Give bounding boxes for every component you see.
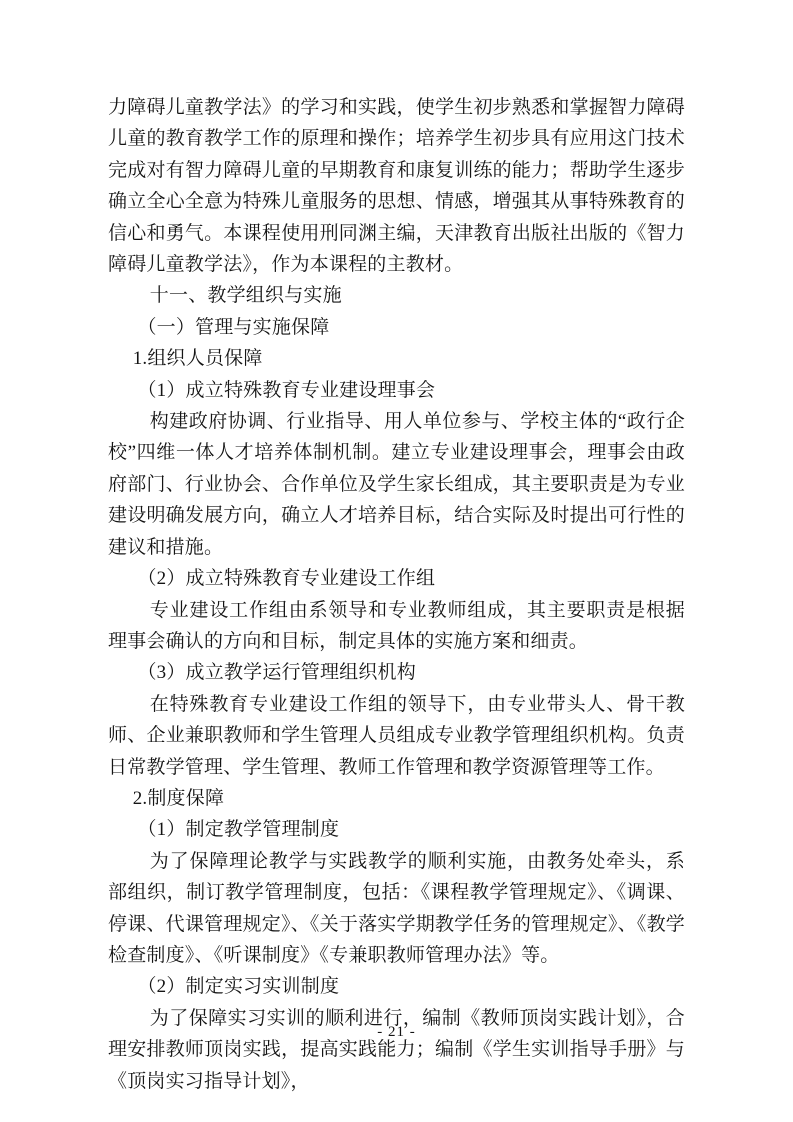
paragraph-teaching-management-detail: 为了保障理论教学与实践教学的顺利实施，由教务处牵头，系部组织，制订教学管理制度，…	[108, 846, 685, 972]
paragraph-management-org-detail: 在特殊教育专业建设工作组的领导下，由专业带头人、骨干教师、企业兼职教师和学生管理…	[108, 689, 685, 783]
paragraph-practice-training-detail: 为了保障实习实训的顺利进行，编制《教师顶岗实践计划》，合理安排教师顶岗实践，提高…	[108, 1003, 685, 1097]
document-page: 力障碍儿童教学法》的学习和实践，使学生初步熟悉和掌握智力障碍儿童的教育教学工作的…	[0, 0, 793, 1122]
document-body: 力障碍儿童教学法》的学习和实践，使学生初步熟悉和掌握智力障碍儿童的教育教学工作的…	[108, 92, 685, 1097]
subhead-2-system-guarantee: 2.制度保障	[108, 783, 685, 814]
heading-subsection-1-management-guarantee: （一）管理与实施保障	[108, 312, 685, 343]
subhead-item-3-establish-management-org: （3）成立教学运行管理组织机构	[108, 657, 685, 688]
subhead-item-1-teaching-management-system: （1）制定教学管理制度	[108, 814, 685, 845]
subhead-item-1-establish-council: （1）成立特殊教育专业建设理事会	[108, 375, 685, 406]
paragraph-council-detail: 构建政府协调、行业指导、用人单位参与、学校主体的“政行企校”四维一体人才培养体制…	[108, 406, 685, 563]
paragraph-workgroup-detail: 专业建设工作组由系领导和专业教师组成，其主要职责是根据理事会确认的方向和目标，制…	[108, 595, 685, 658]
subhead-item-2-establish-workgroup: （2）成立特殊教育专业建设工作组	[108, 563, 685, 594]
heading-section-11-teaching-organization: 十一、教学组织与实施	[108, 280, 685, 311]
subhead-1-personnel-guarantee: 1.组织人员保障	[108, 343, 685, 374]
page-number: - 21 -	[0, 1024, 793, 1041]
paragraph-course-intro-continued: 力障碍儿童教学法》的学习和实践，使学生初步熟悉和掌握智力障碍儿童的教育教学工作的…	[108, 92, 685, 280]
subhead-item-2-practice-training-system: （2）制定实习实训制度	[108, 971, 685, 1002]
